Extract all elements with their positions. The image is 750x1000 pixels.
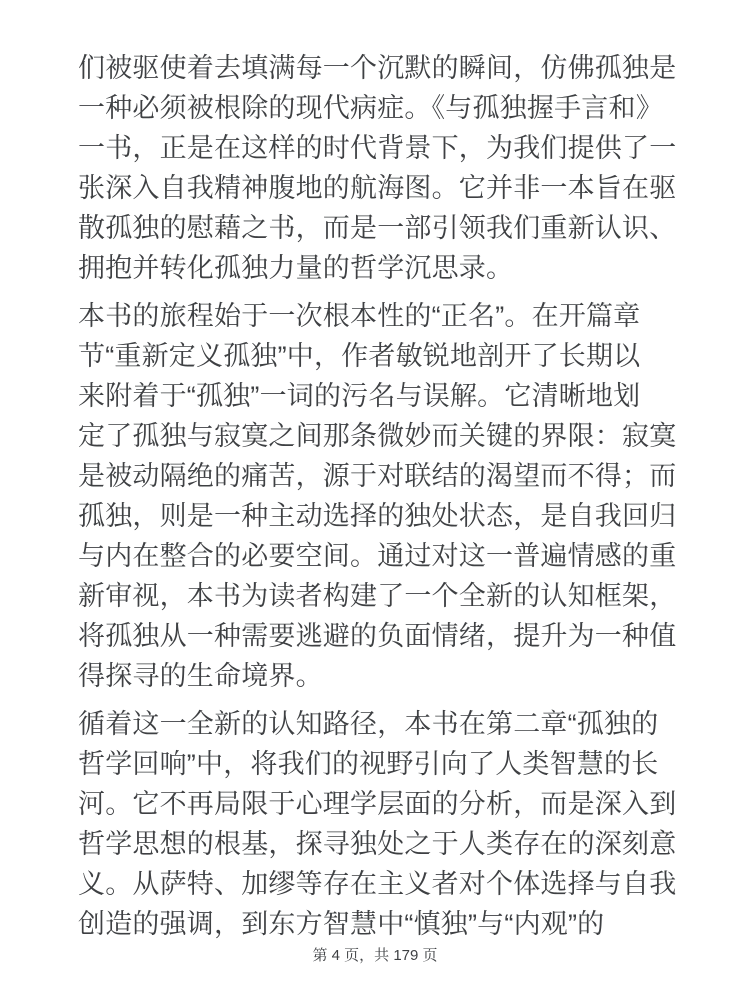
text-line: 节“重新定义孤独”中，作者敏锐地剖开了长期以 (78, 336, 672, 376)
text-line: 张深入自我精神腹地的航海图。它并非一本旨在驱 (78, 168, 672, 208)
paragraph: 循着这一全新的认知路径，本书在第二章“孤独的哲学回响”中，将我们的视野引向了人类… (78, 704, 672, 944)
text-line: 来附着于“孤独”一词的污名与误解。它清晰地划 (78, 376, 672, 416)
text-line: 将孤独从一种需要逃避的负面情绪，提升为一种值 (78, 616, 672, 656)
text-line: 新审视，本书为读者构建了一个全新的认知框架， (78, 576, 672, 616)
document-body: 们被驱使着去填满每一个沉默的瞬间，仿佛孤独是一种必须被根除的现代病症。《与孤独握… (78, 48, 672, 952)
paragraph: 们被驱使着去填满每一个沉默的瞬间，仿佛孤独是一种必须被根除的现代病症。《与孤独握… (78, 48, 672, 288)
text-line: 循着这一全新的认知路径，本书在第二章“孤独的 (78, 704, 672, 744)
text-line: 与内在整合的必要空间。通过对这一普遍情感的重 (78, 536, 672, 576)
text-line: 义。从萨特、加缪等存在主义者对个体选择与自我 (78, 864, 672, 904)
paragraph: 本书的旅程始于一次根本性的“正名”。在开篇章节“重新定义孤独”中，作者敏锐地剖开… (78, 296, 672, 696)
text-line: 本书的旅程始于一次根本性的“正名”。在开篇章 (78, 296, 672, 336)
page-number-label: 第 4 页，共 179 页 (312, 947, 437, 964)
text-line: 拥抱并转化孤独力量的哲学沉思录。 (78, 248, 672, 288)
page-number-footer: 第 4 页，共 179 页 (0, 946, 750, 966)
text-line: 散孤独的慰藉之书，而是一部引领我们重新认识、 (78, 208, 672, 248)
text-line: 一书，正是在这样的时代背景下，为我们提供了一 (78, 128, 672, 168)
document-page: 们被驱使着去填满每一个沉默的瞬间，仿佛孤独是一种必须被根除的现代病症。《与孤独握… (0, 0, 750, 1000)
text-line: 创造的强调，到东方智慧中“慎独”与“内观”的 (78, 904, 672, 944)
text-line: 定了孤独与寂寞之间那条微妙而关键的界限：寂寞 (78, 416, 672, 456)
text-line: 们被驱使着去填满每一个沉默的瞬间，仿佛孤独是 (78, 48, 672, 88)
text-line: 是被动隔绝的痛苦，源于对联结的渴望而不得；而 (78, 456, 672, 496)
text-line: 一种必须被根除的现代病症。《与孤独握手言和》 (78, 88, 672, 128)
text-line: 哲学回响”中，将我们的视野引向了人类智慧的长 (78, 744, 672, 784)
text-line: 哲学思想的根基，探寻独处之于人类存在的深刻意 (78, 824, 672, 864)
text-line: 得探寻的生命境界。 (78, 656, 672, 696)
text-line: 孤独，则是一种主动选择的独处状态，是自我回归 (78, 496, 672, 536)
text-line: 河。它不再局限于心理学层面的分析，而是深入到 (78, 784, 672, 824)
